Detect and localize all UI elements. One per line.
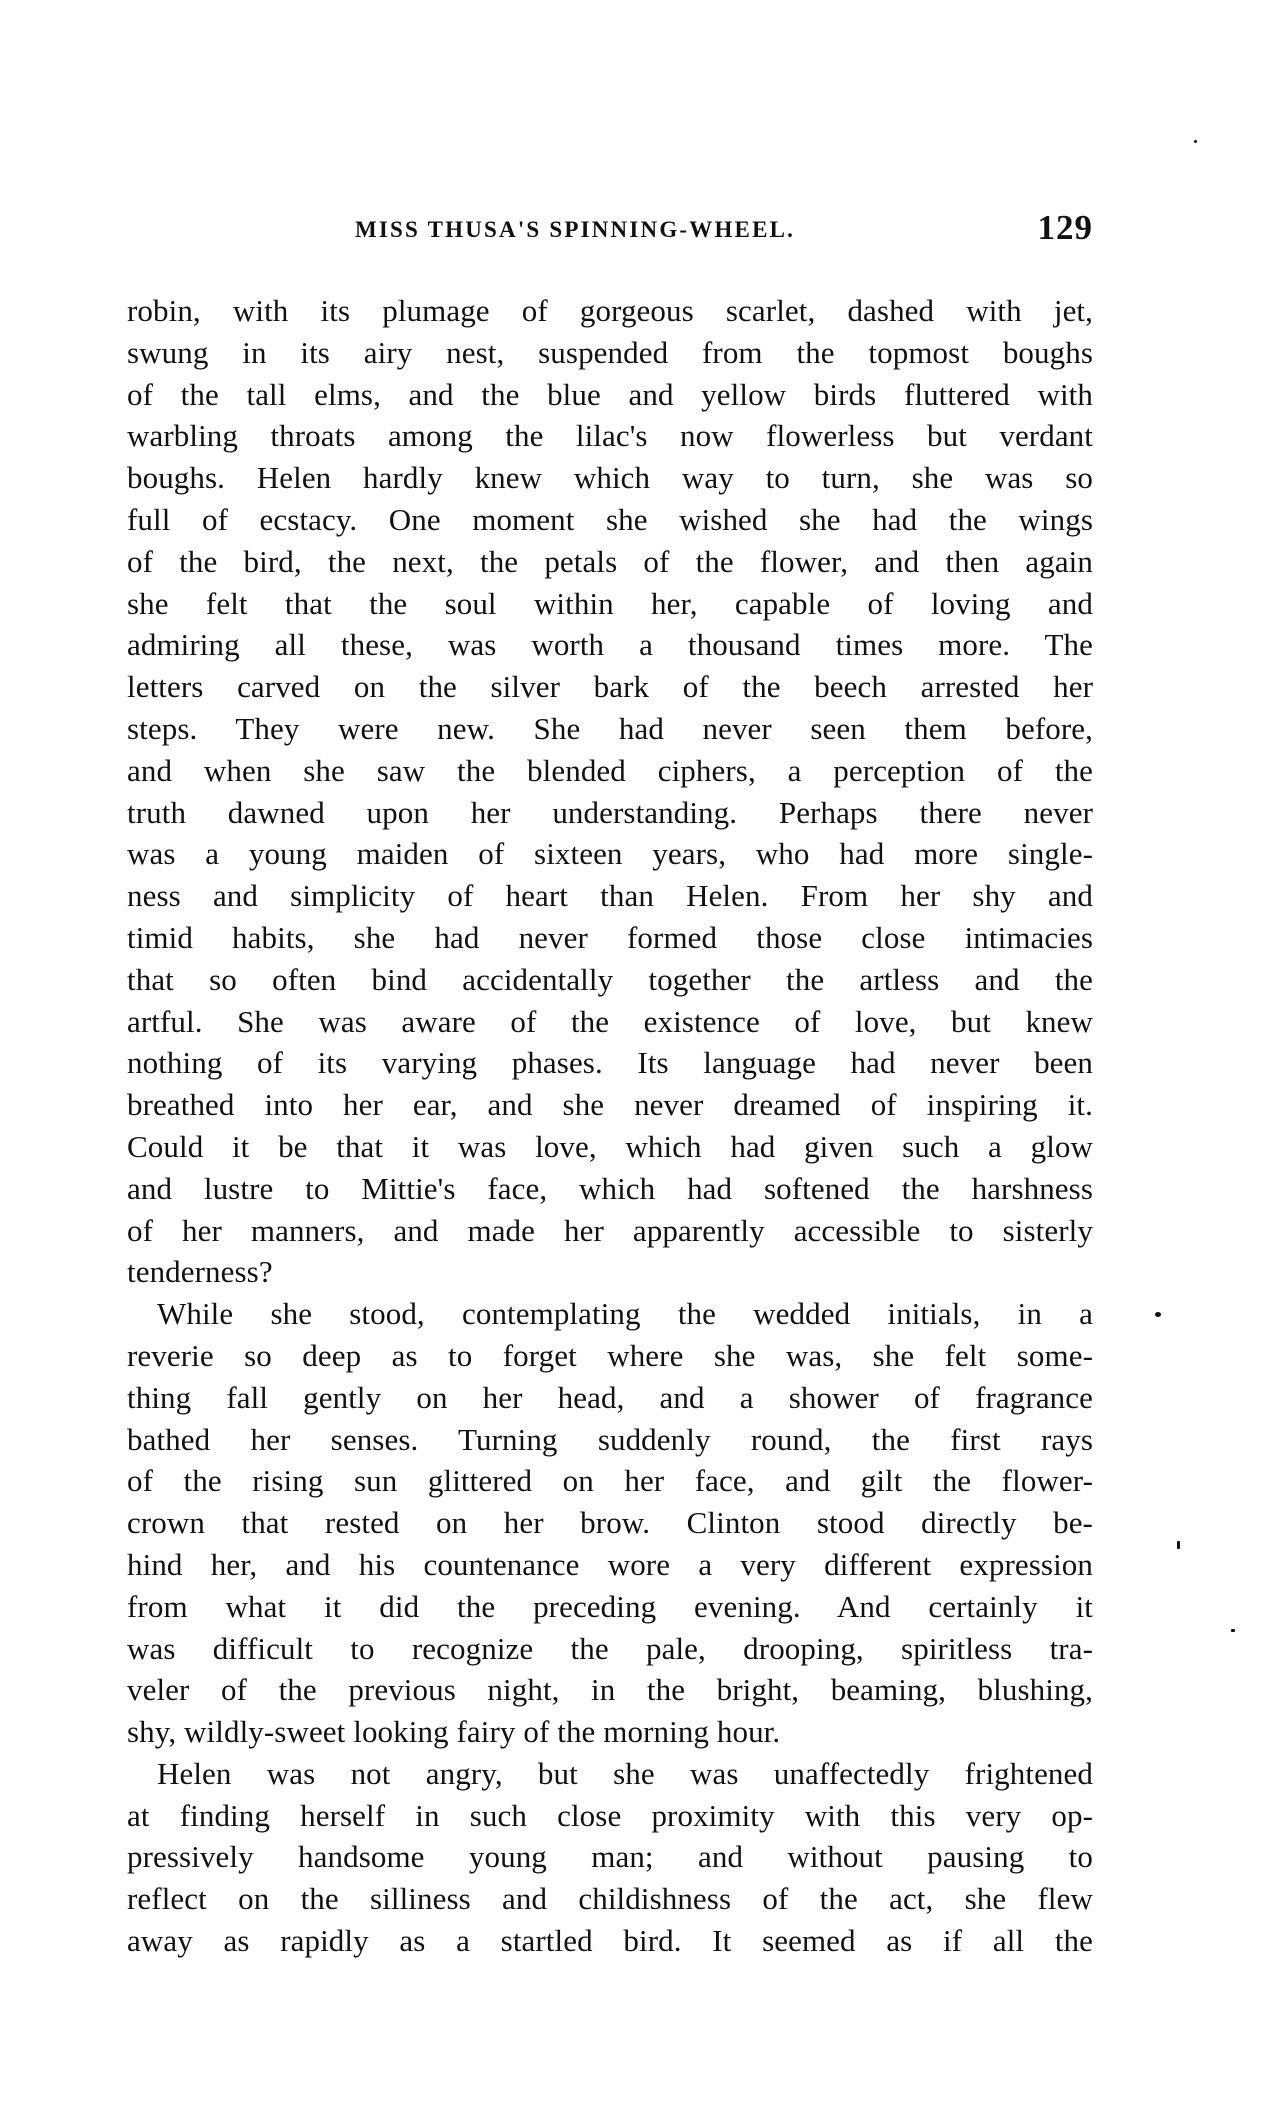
text-line: crown that rested on her brow. Clinton s… [127, 1502, 1093, 1544]
margin-speck [1231, 1629, 1235, 1632]
body-text: robin, with its plumage of gorgeous scar… [127, 290, 1093, 1962]
text-line: breathed into her ear, and she never dre… [127, 1084, 1093, 1126]
text-line: pressively handsome young man; and witho… [127, 1836, 1093, 1878]
text-line: warbling throats among the lilac's now f… [127, 415, 1093, 457]
text-line: of the bird, the next, the petals of the… [127, 541, 1093, 583]
margin-speck [1177, 1541, 1180, 1549]
text-line: timid habits, she had never formed those… [127, 917, 1093, 959]
margin-speck [1194, 140, 1197, 143]
text-line: bathed her senses. Turning suddenly roun… [127, 1419, 1093, 1461]
text-line: full of ecstacy. One moment she wished s… [127, 499, 1093, 541]
text-line: tenderness? [127, 1251, 1093, 1293]
text-line: swung in its airy nest, suspended from t… [127, 332, 1093, 374]
text-line: artful. She was aware of the existence o… [127, 1001, 1093, 1043]
text-line: steps. They were new. She had never seen… [127, 708, 1093, 750]
text-line: and lustre to Mittie's face, which had s… [127, 1168, 1093, 1210]
margin-speck [1155, 1312, 1161, 1317]
text-line: Could it be that it was love, which had … [127, 1126, 1093, 1168]
text-line: ness and simplicity of heart than Helen.… [127, 875, 1093, 917]
text-line: of the tall elms, and the blue and yello… [127, 374, 1093, 416]
paragraph-1: robin, with its plumage of gorgeous scar… [127, 290, 1093, 1293]
text-line: hind her, and his countenance wore a ver… [127, 1544, 1093, 1586]
text-line: boughs. Helen hardly knew which way to t… [127, 457, 1093, 499]
text-line: of her manners, and made her apparently … [127, 1210, 1093, 1252]
text-line: Helen was not angry, but she was unaffec… [127, 1753, 1093, 1795]
paragraph-2: While she stood, contemplating the wedde… [127, 1293, 1093, 1753]
paragraph-3: Helen was not angry, but she was unaffec… [127, 1753, 1093, 1962]
text-line: was difficult to recognize the pale, dro… [127, 1628, 1093, 1670]
text-line: away as rapidly as a startled bird. It s… [127, 1920, 1093, 1962]
text-line: and when she saw the blended ciphers, a … [127, 750, 1093, 792]
text-line: admiring all these, was worth a thousand… [127, 624, 1093, 666]
text-line: that so often bind accidentally together… [127, 959, 1093, 1001]
text-line: thing fall gently on her head, and a sho… [127, 1377, 1093, 1419]
running-head: Miss Thusa's Spinning-Wheel. 129 [127, 212, 1093, 248]
text-line: robin, with its plumage of gorgeous scar… [127, 290, 1093, 332]
text-line: from what it did the preceding evening. … [127, 1586, 1093, 1628]
text-line: truth dawned upon her understanding. Per… [127, 792, 1093, 834]
text-line: of the rising sun glittered on her face,… [127, 1460, 1093, 1502]
text-line: letters carved on the silver bark of the… [127, 666, 1093, 708]
page-number: 129 [1038, 208, 1094, 248]
text-line: at finding herself in such close proximi… [127, 1795, 1093, 1837]
text-line: shy, wildly-sweet looking fairy of the m… [127, 1711, 1093, 1753]
text-line: While she stood, contemplating the wedde… [127, 1293, 1093, 1335]
text-line: was a young maiden of sixteen years, who… [127, 833, 1093, 875]
text-line: nothing of its varying phases. Its langu… [127, 1042, 1093, 1084]
text-line: reflect on the silliness and childishnes… [127, 1878, 1093, 1920]
running-title: Miss Thusa's Spinning-Wheel. [355, 212, 795, 248]
text-line: she felt that the soul within her, capab… [127, 583, 1093, 625]
text-line: veler of the previous night, in the brig… [127, 1669, 1093, 1711]
text-line: reverie so deep as to forget where she w… [127, 1335, 1093, 1377]
